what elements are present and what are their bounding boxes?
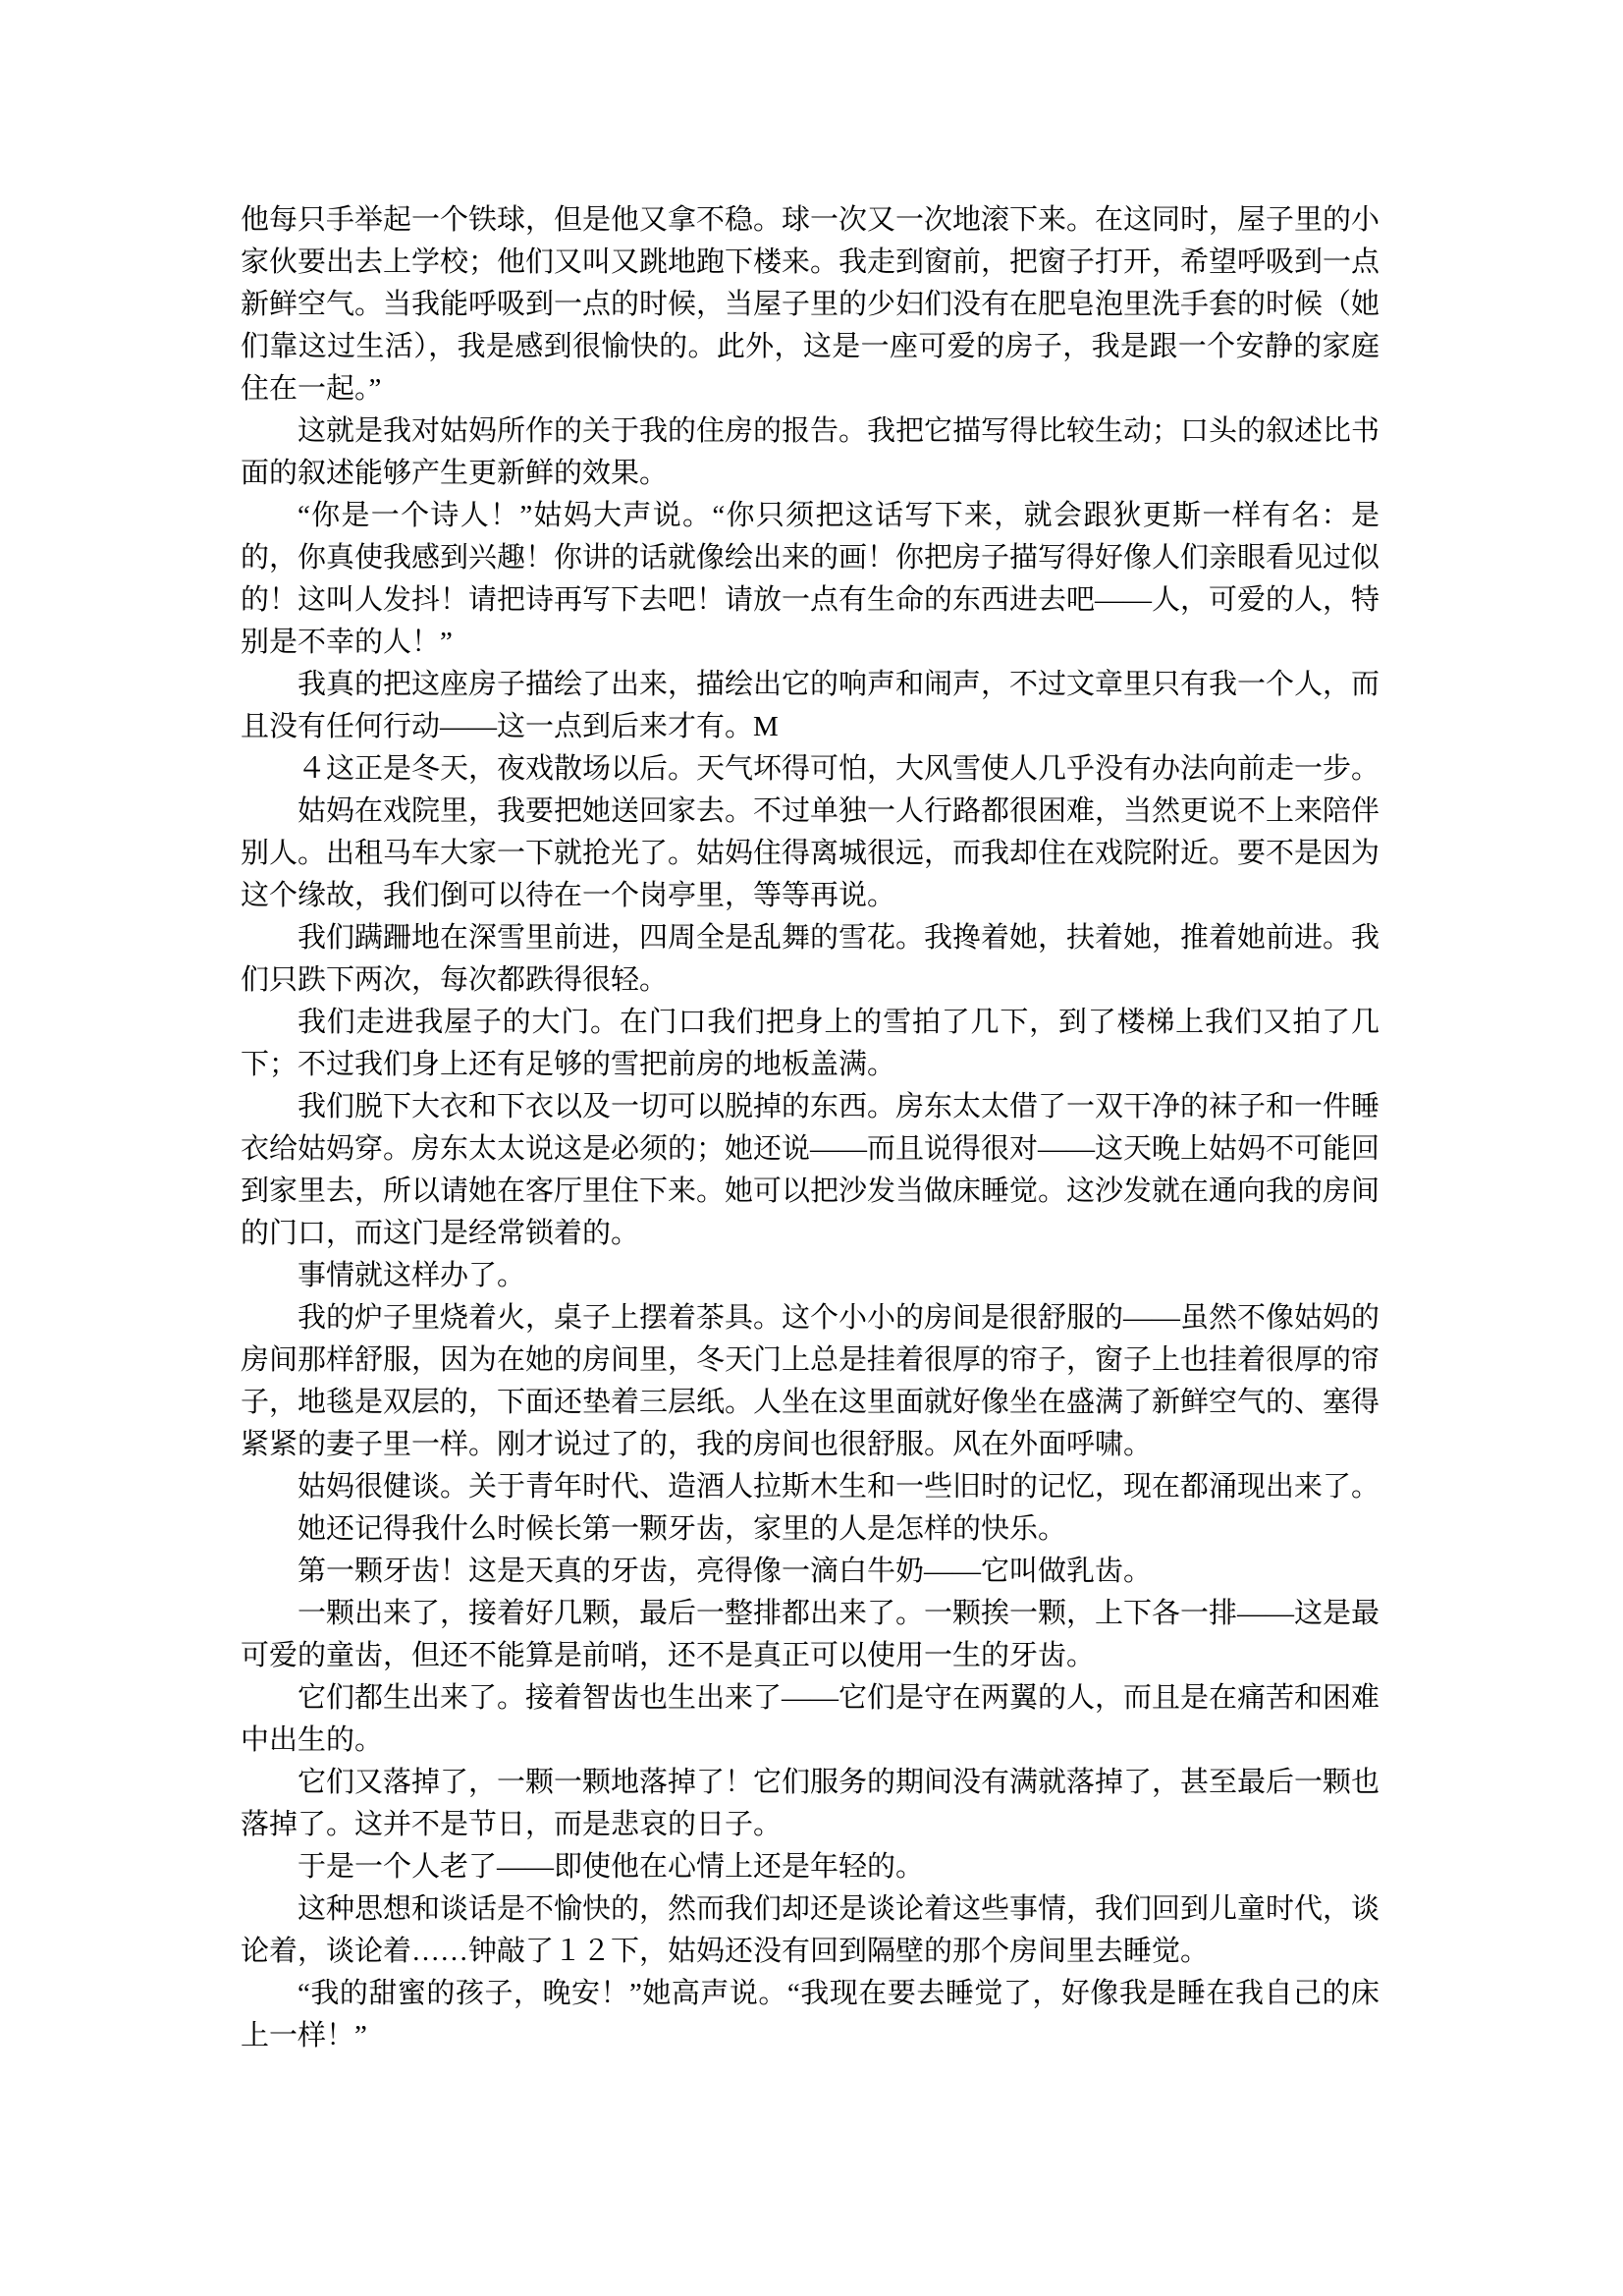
paragraph: 她还记得我什么时候长第一颗牙齿，家里的人是怎样的快乐。: [241, 1508, 1380, 1551]
document-page: 他每只手举起一个铁球，但是他又拿不稳。球一次又一次地滚下来。在这同时，屋子里的小…: [0, 0, 1623, 2296]
paragraph: 它们都生出来了。接着智齿也生出来了——它们是守在两翼的人，而且是在痛苦和困难中出…: [241, 1677, 1380, 1762]
text-column: 他每只手举起一个铁球，但是他又拿不稳。球一次又一次地滚下来。在这同时，屋子里的小…: [241, 199, 1380, 2057]
paragraph: 一颗出来了，接着好几颗，最后一整排都出来了。一颗挨一颗，上下各一排——这是最可爱…: [241, 1593, 1380, 1677]
paragraph: 这就是我对姑妈所作的关于我的住房的报告。我把它描写得比较生动；口头的叙述比书面的…: [241, 410, 1380, 495]
paragraph: 它们又落掉了，一颗一颗地落掉了！它们服务的期间没有满就落掉了，甚至最后一颗也落掉…: [241, 1762, 1380, 1846]
paragraph: 事情就这样办了。: [241, 1255, 1380, 1297]
paragraph: 我们走进我屋子的大门。在门口我们把身上的雪拍了几下，到了楼梯上我们又拍了几下；不…: [241, 1002, 1380, 1086]
paragraph: “我的甜蜜的孩子，晚安！”她高声说。“我现在要去睡觉了，好像我是睡在我自己的床上…: [241, 1973, 1380, 2057]
paragraph: 我真的把这座房子描绘了出来，描绘出它的响声和闹声，不过文章里只有我一个人，而且没…: [241, 664, 1380, 748]
paragraph: ４这正是冬天，夜戏散场以后。天气坏得可怕，大风雪使人几乎没有办法向前走一步。: [241, 748, 1380, 791]
paragraph: “你是一个诗人！”姑妈大声说。“你只须把这话写下来，就会跟狄更斯一样有名：是的，…: [241, 495, 1380, 664]
paragraph: 于是一个人老了——即使他在心情上还是年轻的。: [241, 1846, 1380, 1888]
paragraph: 姑妈在戏院里，我要把她送回家去。不过单独一人行路都很困难，当然更说不上来陪伴别人…: [241, 791, 1380, 917]
paragraph: 我们蹒跚地在深雪里前进，四周全是乱舞的雪花。我搀着她，扶着她，推着她前进。我们只…: [241, 917, 1380, 1002]
paragraph: 第一颗牙齿！这是天真的牙齿，亮得像一滴白牛奶——它叫做乳齿。: [241, 1551, 1380, 1593]
paragraph: 我的炉子里烧着火，桌子上摆着茶具。这个小小的房间是很舒服的——虽然不像姑妈的房间…: [241, 1297, 1380, 1466]
paragraph: 姑妈很健谈。关于青年时代、造酒人拉斯木生和一些旧时的记忆，现在都涌现出来了。: [241, 1466, 1380, 1508]
paragraph: 我们脱下大衣和下衣以及一切可以脱掉的东西。房东太太借了一双干净的袜子和一件睡衣给…: [241, 1086, 1380, 1255]
paragraph: 这种思想和谈话是不愉快的，然而我们却还是谈论着这些事情，我们回到儿童时代，谈论着…: [241, 1888, 1380, 1973]
paragraph: 他每只手举起一个铁球，但是他又拿不稳。球一次又一次地滚下来。在这同时，屋子里的小…: [241, 199, 1380, 410]
